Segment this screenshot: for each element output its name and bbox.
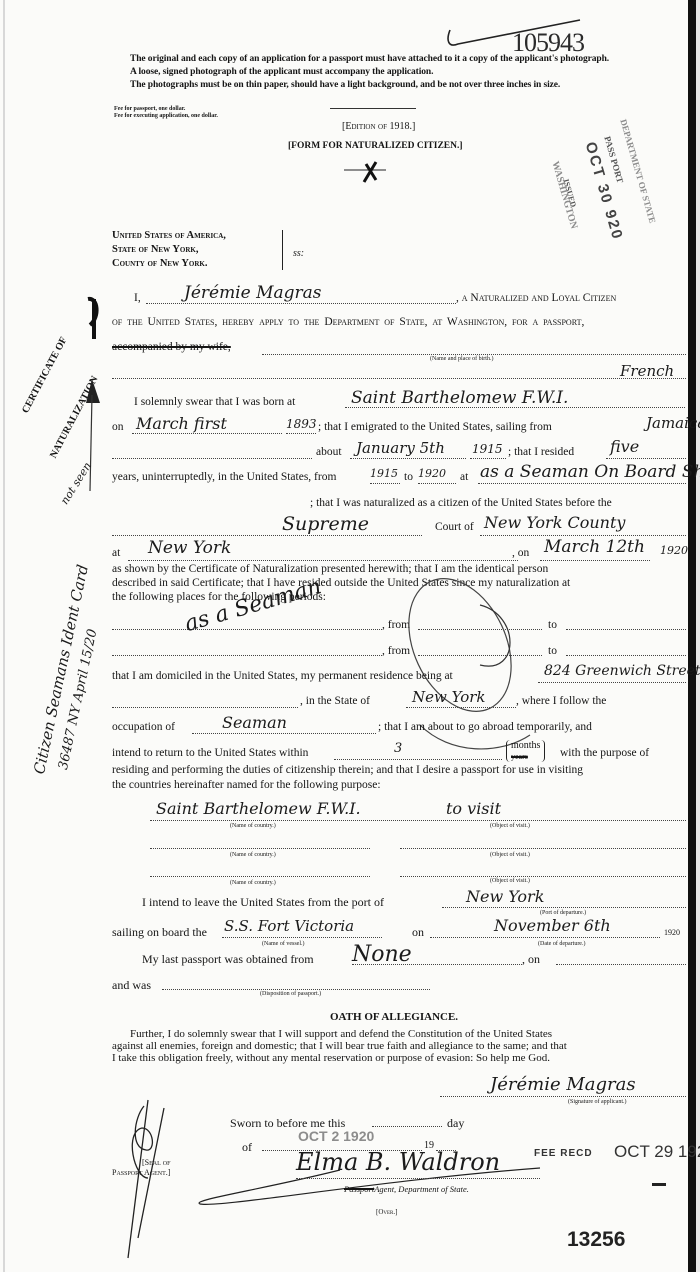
last-passport-label: My last passport was obtained from (142, 952, 314, 967)
oath-line-2: against all enemies, foreign and domesti… (112, 1040, 567, 1052)
domiciled-label: that I am domiciled in the United States… (112, 670, 453, 682)
page-left-edge (3, 0, 5, 1272)
residence-state-value: New York (412, 688, 486, 706)
court-of-field[interactable]: New York County (480, 515, 686, 536)
i-label: I, (134, 292, 141, 304)
name-place-birth-caption: (Name and place of birth.) (430, 356, 493, 362)
where-follow-label: , where I follow the (516, 695, 606, 707)
resided-to-value: 1920 (418, 467, 446, 480)
residence-street-field[interactable]: 824 Greenwich Street (538, 664, 686, 683)
sailed-from-value: Jamaica B.W.I. (646, 414, 700, 432)
last-passport-date-field[interactable] (556, 946, 686, 965)
fee-notice-2: Fee for executing application, one dolla… (114, 113, 218, 120)
brace (282, 230, 283, 270)
oath-line-3: I take this obligation freely, without a… (112, 1052, 550, 1064)
years-uninterrupted-label: years, uninterruptedly, in the United St… (112, 471, 336, 483)
on-label-4: , on (522, 952, 540, 967)
sworn-day-field[interactable] (372, 1112, 442, 1127)
to-label: to (404, 471, 413, 483)
disposition-caption: (Disposition of passport.) (260, 991, 321, 997)
emigration-date-field[interactable]: January 5th (350, 440, 466, 459)
in-state-of-label: , in the State of (300, 695, 370, 707)
resided-at-field[interactable]: as a Seaman On Board Ship and NY (478, 465, 686, 484)
x-mark-icon (340, 160, 390, 186)
countries-text: the countries hereinafter named for the … (112, 779, 381, 791)
resided-to-field[interactable]: 1920 (418, 465, 456, 484)
agent-signature-line (296, 1172, 540, 1179)
abroad-to-field-2[interactable] (566, 641, 686, 656)
naturalized-before-label: ; that I was naturalized as a citizen of… (310, 497, 612, 509)
birth-year-value: 1893 (286, 417, 317, 431)
fee-notice-1: Fee for passport, one dollar. (114, 106, 185, 113)
country-caption-3: (Name of country.) (230, 880, 276, 886)
birth-year-field[interactable]: 1893 (286, 415, 316, 434)
residence-street-value: 824 Greenwich Street (544, 663, 700, 679)
naturalized-date-value: March 12th (544, 537, 645, 557)
country-field-2[interactable] (150, 838, 370, 849)
occupation-field[interactable]: Seaman (192, 715, 376, 734)
stamp-dept-date: OCT 30 920 (582, 140, 626, 242)
last-passport-field[interactable]: None (352, 946, 522, 965)
last-passport-value: None (352, 942, 412, 967)
court-at-value: New York (148, 538, 231, 558)
court-at-field[interactable]: New York (128, 540, 518, 561)
intend-return-label: intend to return to the United States wi… (112, 747, 308, 759)
agent-title-text: Agent, Department of State. (374, 1184, 469, 1194)
naturalized-year-value: 1920 (660, 544, 688, 557)
serial-number-bottom: 13256 (567, 1228, 625, 1252)
object-caption-2: (Object of visit.) (490, 852, 530, 858)
object-caption-3: (Object of visit.) (490, 878, 530, 884)
applicant-signature-value: Jérémie Magras (490, 1074, 636, 1095)
departure-year-value: 1920 (664, 928, 680, 937)
fee-recd-stamp: FEE RECD (534, 1148, 593, 1159)
country-1-value: Saint Barthelomew F.W.I. (156, 799, 361, 818)
over-label: [Over.] (376, 1208, 397, 1216)
wife-field-line2[interactable] (112, 366, 686, 379)
emigrated-label: ; that I emigrated to the United States,… (318, 421, 552, 433)
court-of-value: New York County (484, 513, 625, 532)
return-unit-months[interactable]: months (511, 740, 540, 751)
name-field[interactable]: Jérémie Magras (146, 285, 456, 304)
swear-born-label: I solemnly swear that I was born at (134, 396, 295, 408)
sworn-date-stamp: OCT 2 1920 (298, 1128, 374, 1144)
vessel-value: S.S. Fort Victoria (224, 917, 354, 935)
vessel-field[interactable]: S.S. Fort Victoria (222, 919, 382, 938)
accompanied-label: accompanied by my wife, (112, 341, 231, 353)
birth-date-value: March first (136, 414, 227, 433)
sailing-on-label: sailing on board the (112, 925, 207, 940)
birthplace-value: Saint Barthelomew F.W.I. (351, 388, 568, 408)
certificate-stamp-line1: CERTIFICATE OF (20, 335, 70, 415)
seal-initials-mark-icon (104, 1098, 184, 1268)
abroad-to-field-1[interactable] (566, 615, 686, 630)
country-caption-2: (Name of country.) (230, 852, 276, 858)
occupation-value: Seaman (222, 713, 287, 732)
signature-caption: (Signature of applicant.) (568, 1099, 626, 1105)
years-resided-value: five (610, 437, 639, 456)
emigration-year-value: 1915 (472, 442, 503, 456)
day-label: day (447, 1116, 464, 1131)
at-label: at (460, 471, 468, 483)
page-right-binding (688, 0, 696, 1272)
return-unit-selector[interactable]: months years (506, 740, 545, 762)
ss-label: ss: (293, 248, 304, 259)
stamp-dash-mark (652, 1183, 666, 1186)
return-within-field[interactable]: 3 (334, 741, 502, 760)
jurisdiction-county: County of New York. (112, 257, 226, 271)
disposition-field[interactable] (162, 973, 430, 990)
wife-field[interactable] (262, 340, 686, 355)
naturalized-date-field[interactable]: March 12th (540, 540, 650, 561)
object-caption-1: (Object of visit.) (490, 823, 530, 829)
stamp-dept-line1: DEPARTMENT OF STATE (618, 118, 657, 224)
abroad-temp-text: ; that I am about to go abroad temporari… (378, 721, 592, 733)
agent-title-struck: Passport (344, 1184, 374, 1194)
name-value: Jérémie Magras (184, 283, 322, 303)
photo-notice-1: The original and each copy of an applica… (130, 54, 609, 64)
edition-label: [Edition of 1918.] (342, 121, 415, 132)
sailed-from-field[interactable] (112, 440, 312, 459)
departure-date-field[interactable]: November 6th (430, 919, 660, 938)
with-purpose-label: with the purpose of (560, 747, 649, 759)
photo-notice-2: A loose, signed photograph of the applic… (130, 67, 433, 77)
vessel-caption: (Name of vessel.) (262, 941, 304, 947)
oath-line-1: Further, I do solemnly swear that I will… (130, 1028, 552, 1040)
divider (330, 108, 416, 109)
jurisdiction-state: State of New York, (112, 243, 226, 257)
court-value: Supreme (282, 513, 369, 535)
jurisdiction-country: United States of America, (112, 229, 226, 243)
port-value: New York (466, 887, 544, 906)
birthplace-field[interactable]: Saint Barthelomew F.W.I. (345, 389, 685, 408)
jurisdiction-block: United States of America, State of New Y… (112, 229, 226, 271)
oath-title: OATH OF ALLEGIANCE. (330, 1011, 458, 1023)
emigration-year-field[interactable]: 1915 (470, 440, 506, 459)
form-title: [FORM FOR NATURALIZED CITIZEN.] (288, 141, 463, 151)
on-label-3: on (412, 925, 424, 940)
on-label: on (112, 421, 124, 433)
naturalized-loyal-label: , a Naturalized and Loyal Citizen (456, 292, 616, 304)
abroad-place-field-1[interactable]: as a Seaman (112, 615, 382, 630)
residence-state-field[interactable]: New York (406, 689, 516, 708)
port-field[interactable]: New York (442, 889, 686, 908)
departure-date-value: November 6th (494, 916, 611, 935)
return-unit-years[interactable]: years (511, 751, 540, 762)
birthplace-note: French (620, 362, 674, 380)
agent-title: PassportAgent, Department of State. (344, 1184, 469, 1194)
resided-from-value: 1915 (370, 467, 398, 480)
country-caption-1: (Name of country.) (230, 823, 276, 829)
emigration-date-value: January 5th (356, 439, 445, 457)
applicant-signature-field[interactable]: Jérémie Magras (440, 1078, 686, 1097)
apply-line: of the United States, hereby apply to th… (112, 316, 584, 328)
abroad-place-field-2[interactable] (112, 641, 382, 656)
resided-at-value: as a Seaman On Board Ship and NY (480, 462, 700, 482)
object-field-2[interactable] (400, 838, 686, 849)
page-right-margin (696, 0, 700, 1272)
resided-from-field[interactable]: 1915 (370, 465, 400, 484)
birth-date-field[interactable]: March first (132, 415, 282, 434)
and-was-label: and was (112, 978, 151, 993)
country-field-3[interactable] (150, 866, 370, 877)
accompanied-struck: accompanied by my wife, (112, 341, 231, 353)
signature-flourish-icon (180, 1150, 560, 1210)
object-1-value: to visit (446, 799, 501, 818)
on-label-2: , on (512, 547, 529, 559)
court-field[interactable]: Supreme (112, 515, 422, 536)
country-object-row-1[interactable]: Saint Barthelomew F.W.I. to visit (150, 800, 686, 821)
court-of-label: Court of (435, 521, 474, 533)
years-resided-field[interactable]: five (606, 440, 686, 459)
about-label: about (316, 446, 342, 458)
residence-street-line2[interactable] (112, 689, 298, 708)
at-label-2: at (112, 547, 120, 559)
photo-notice-3: The photographs must be on thin paper, s… (130, 80, 560, 90)
object-field-3[interactable] (400, 866, 686, 877)
occupation-of-label: occupation of (112, 721, 175, 733)
fee-date-stamp: OCT 29 1920 (614, 1142, 700, 1162)
resided-label: ; that I resided (508, 446, 574, 458)
leave-port-label: I intend to leave the United States from… (142, 895, 384, 910)
residing-text: residing and performing the duties of ci… (112, 764, 583, 776)
return-within-value: 3 (394, 741, 402, 756)
